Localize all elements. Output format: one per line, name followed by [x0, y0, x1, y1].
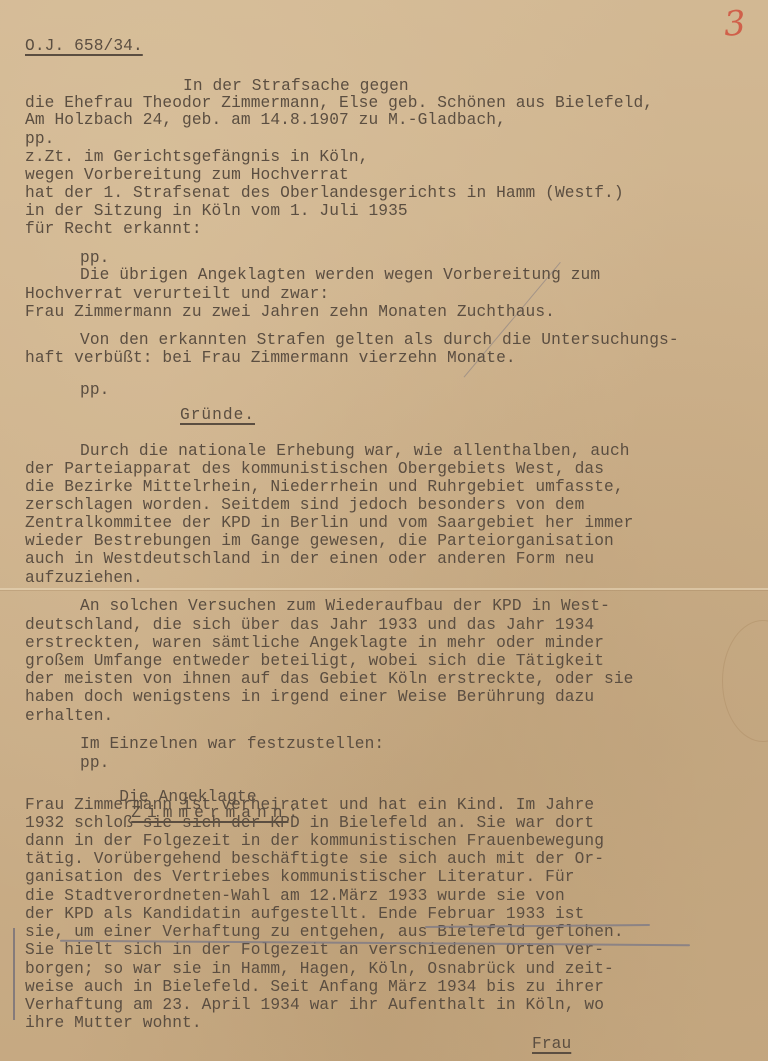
paper-fold-line [0, 588, 768, 590]
reasons-heading: Gründe. [180, 407, 255, 423]
reasons-line: wieder Bestrebungen im Gange gewesen, di… [25, 533, 614, 549]
catchword: Frau [520, 1036, 583, 1052]
defendant-line: dann in der Folgezeit in der kommunistis… [25, 833, 604, 849]
verdict-line: haft verbüßt: bei Frau Zimmermann vierze… [25, 350, 516, 366]
paper-stain [722, 620, 768, 742]
reasons-line: aufzuziehen. [25, 570, 143, 586]
verdict-line: Hochverrat verurteilt und zwar: [25, 286, 329, 302]
pencil-margin-mark [13, 928, 15, 1020]
caption-line: wegen Vorbereitung zum Hochverrat [25, 167, 349, 183]
verdict-line: Von den erkannten Strafen gelten als dur… [80, 332, 679, 348]
findings-intro: Im Einzelnen war festzustellen: [80, 736, 384, 752]
handwritten-page-number: 3 [723, 3, 747, 44]
verdict-line: pp. [80, 382, 109, 398]
verdict-line: pp. [80, 250, 109, 266]
reasons-line: deutschland, die sich über das Jahr 1933… [25, 617, 594, 633]
reasons-line: auch in Westdeutschland in der einen ode… [25, 551, 594, 567]
verdict-line: Frau Zimmermann zu zwei Jahren zehn Mona… [25, 304, 555, 320]
defendant-line: weise auch in Bielefeld. Seit Anfang Mär… [25, 979, 604, 995]
verdict-line: Die übrigen Angeklagten werden wegen Vor… [80, 267, 600, 283]
reasons-line: die Bezirke Mittelrhein, Niederrhein und… [25, 479, 624, 495]
defendant-line: 1932 schloß sie sich der KPD in Bielefel… [25, 815, 594, 831]
defendant-line: Verhaftung am 23. April 1934 war ihr Auf… [25, 997, 604, 1013]
caption-line: In der Strafsache gegen [183, 78, 409, 94]
reasons-line: erhalten. [25, 708, 113, 724]
caption-line: Am Holzbach 24, geb. am 14.8.1907 zu M.-… [25, 112, 506, 128]
reasons-line: Durch die nationale Erhebung war, wie al… [80, 443, 630, 459]
caption-line: die Ehefrau Theodor Zimmermann, Else geb… [25, 95, 653, 111]
reasons-line: der Parteiapparat des kommunistischen Ob… [25, 461, 604, 477]
defendant-line: ihre Mutter wohnt. [25, 1015, 202, 1031]
reasons-line: Zentralkommitee der KPD in Berlin und vo… [25, 515, 633, 531]
caption-line: in der Sitzung in Köln vom 1. Juli 1935 [25, 203, 408, 219]
caption-line: z.Zt. im Gerichtsgefängnis in Köln, [25, 149, 369, 165]
defendant-line: borgen; so war sie in Hamm, Hagen, Köln,… [25, 961, 614, 977]
reasons-line: zerschlagen worden. Seitdem sind jedoch … [25, 497, 584, 513]
defendant-line: tätig. Vorübergehend beschäftigte sie si… [25, 851, 604, 867]
reasons-line: haben doch wenigstens in irgend einer We… [25, 689, 594, 705]
file-reference: O.J. 658/34. [25, 38, 143, 54]
caption-line: für Recht erkannt: [25, 221, 202, 237]
caption-line: hat der 1. Strafsenat des Oberlandesgeri… [25, 185, 624, 201]
findings-pp: pp. [80, 755, 109, 771]
reasons-line: An solchen Versuchen zum Wiederaufbau de… [80, 598, 610, 614]
defendant-line: die Stadtverordneten-Wahl am 12.März 193… [25, 888, 565, 904]
defendant-line: ganisation des Vertriebes kommunistische… [25, 869, 575, 885]
reasons-line: erstreckten, waren sämtliche Angeklagte … [25, 635, 604, 651]
defendant-line: Frau Zimmermann ist verheiratet und hat … [25, 797, 594, 813]
reasons-line: der meisten von ihnen auf das Gebiet Köl… [25, 671, 633, 687]
caption-line: pp. [25, 131, 54, 147]
defendant-line: der KPD als Kandidatin aufgestellt. Ende… [25, 906, 584, 922]
document-page: 3 O.J. 658/34. In der Strafsache gegen d… [0, 0, 768, 1061]
reasons-line: großem Umfange entweder beteiligt, wobei… [25, 653, 604, 669]
